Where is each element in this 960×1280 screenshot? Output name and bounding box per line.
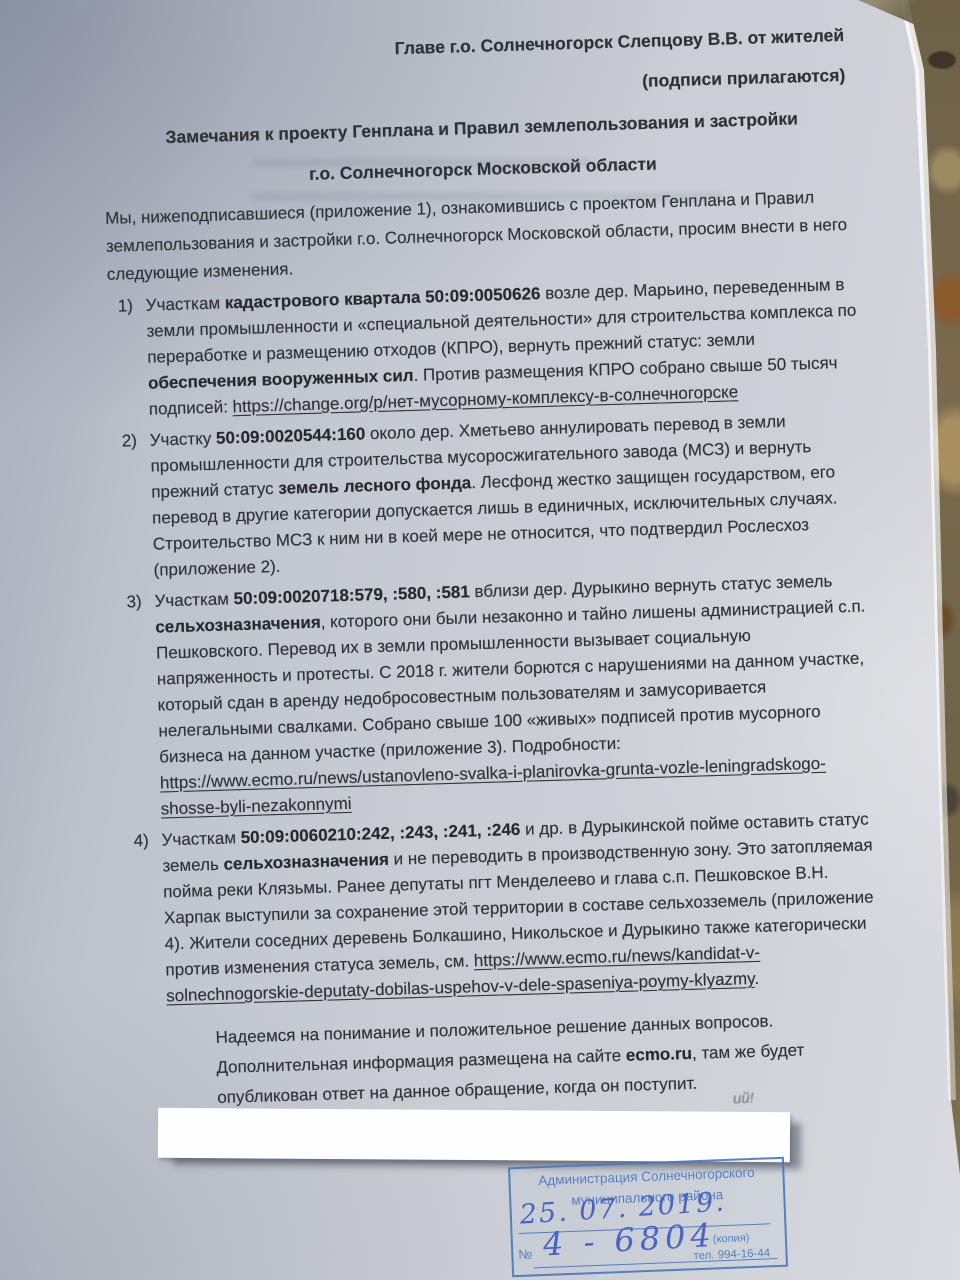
- stamp-copy-note: (копия): [713, 1232, 750, 1245]
- list-item-2: 2) Участку 50:09:0020544:160 около дер. …: [111, 406, 873, 584]
- list-item-4: 4) Участкам 50:09:0060210:242, :243, :24…: [123, 806, 886, 1010]
- list-item-4-number: 4): [123, 828, 166, 1011]
- registration-stamp: Администрация Солнечногорского муниципал…: [508, 1157, 788, 1278]
- closing-paragraph: Надеемся на понимание и положительное ре…: [215, 1004, 865, 1113]
- list-item-4-text: Участкам 50:09:0060210:242, :243, :241, …: [161, 806, 886, 1009]
- document-title-line1: Замечания к проекту Генплана и Правил зе…: [102, 103, 860, 151]
- amendments-list: 1) Участкам кадастрового квартала 50:09:…: [107, 271, 886, 1010]
- redaction-slip: [158, 1108, 790, 1162]
- signatures-note: (подписи прилагаются): [101, 61, 859, 109]
- list-item-1-number: 1): [107, 293, 149, 424]
- list-item-2-number: 2): [111, 428, 154, 585]
- intro-paragraph: Мы, нижеподписавшиеся (приложение 1), оз…: [105, 182, 865, 288]
- list-item-3-text: Участкам 50:09:0020718:579, :580, :581 в…: [154, 567, 881, 822]
- letter-body: Главе г.о. Солнечногорск Слепцову В.В. о…: [100, 22, 889, 1116]
- photographed-document: Главе г.о. Солнечногорск Слепцову В.В. о…: [0, 0, 960, 1280]
- list-item-3: 3) Участкам 50:09:0020718:579, :580, :58…: [116, 567, 881, 823]
- list-item-2-text: Участку 50:09:0020544:160 около дер. Хме…: [149, 406, 873, 583]
- list-item-1-text: Участкам кадастрового квартала 50:09:005…: [145, 271, 869, 422]
- list-item-1: 1) Участкам кадастрового квартала 50:09:…: [107, 271, 869, 423]
- stamp-number-prefix: №: [518, 1246, 533, 1262]
- covered-line-fragment: ий!: [733, 1089, 755, 1107]
